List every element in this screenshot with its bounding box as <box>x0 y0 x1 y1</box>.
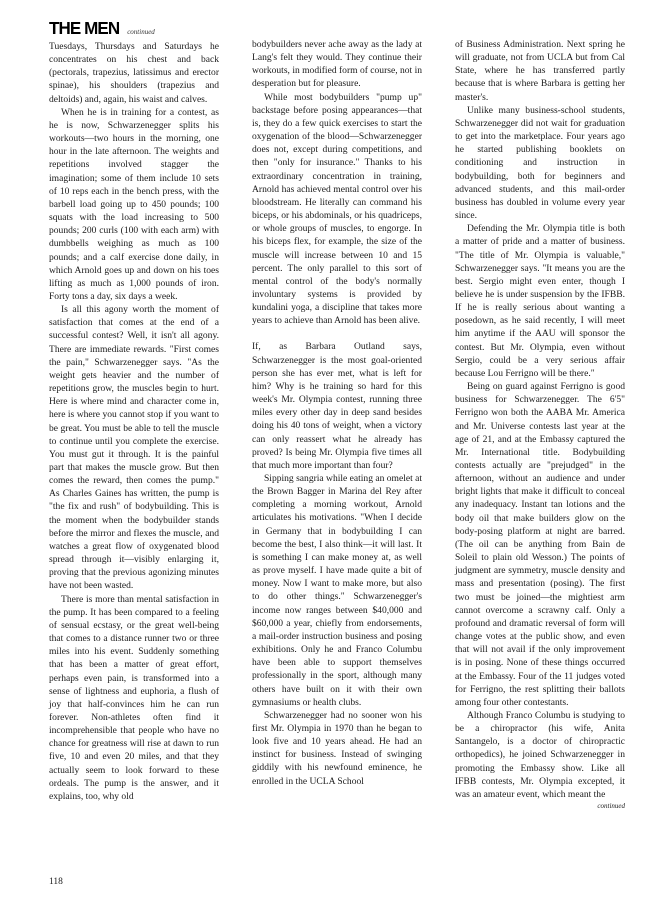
paragraph: Unlike many business-school students, Sc… <box>455 104 625 222</box>
paragraph: While most bodybuilders "pump up" backst… <box>252 91 422 328</box>
article-column-1: Tuesdays, Thursdays and Saturdays he con… <box>49 40 219 803</box>
paragraph: Is all this agony worth the moment of sa… <box>49 303 219 592</box>
article-column-3: of Business Administration. Next spring … <box>455 38 625 811</box>
section-title: THE MEN <box>49 19 119 40</box>
continued-label: continued <box>127 28 155 36</box>
paragraph: bodybuilders never ache away as the lady… <box>252 38 422 91</box>
paragraph: Schwarzenegger had no sooner won his fir… <box>252 709 422 788</box>
paragraph-section-break: If, as Barbara Outland says, Schwarzeneg… <box>252 340 422 472</box>
page-number: 118 <box>49 877 63 887</box>
continued-footer-label: continued <box>455 802 625 811</box>
paragraph: Being on guard against Ferrigno is good … <box>455 380 625 709</box>
paragraph: Defending the Mr. Olympia title is both … <box>455 222 625 380</box>
running-header: THE MEN continued <box>49 19 155 39</box>
paragraph: When he is in training for a contest, as… <box>49 106 219 303</box>
paragraph: of Business Administration. Next spring … <box>455 38 625 104</box>
article-column-2: bodybuilders never ache away as the lady… <box>252 38 422 788</box>
paragraph: There is more than mental satisfaction i… <box>49 593 219 804</box>
paragraph: Sipping sangria while eating an omelet a… <box>252 472 422 709</box>
paragraph: Tuesdays, Thursdays and Saturdays he con… <box>49 40 219 106</box>
paragraph: Although Franco Columbu is studying to b… <box>455 709 625 801</box>
